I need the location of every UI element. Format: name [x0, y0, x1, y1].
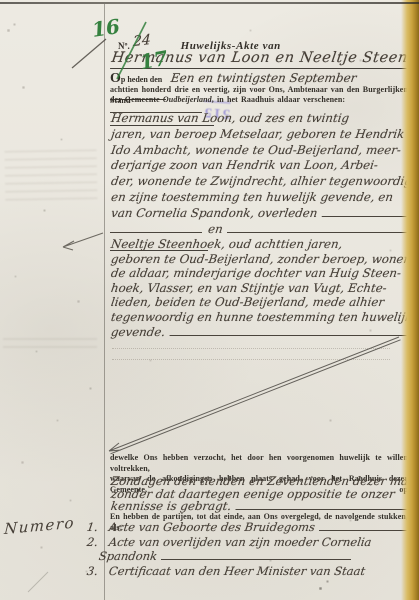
binding-tape-strip — [401, 0, 419, 600]
blank-rule — [227, 232, 408, 233]
document-item-text: Acte van overlijden van zijn moeder Corn… — [108, 536, 372, 549]
cancellation-line — [109, 337, 401, 454]
bride-line: lieden, beiden te Oud-Beijerland, mede a… — [110, 295, 410, 310]
ink-bleedthrough-middle — [3, 338, 97, 354]
groom-line: derjarige zoon van Hendrik van Loon, Arb… — [110, 158, 410, 174]
groom-line: der, wonende te Zwijndrecht, alhier tege… — [110, 174, 410, 190]
municipality-name: Oudbeijerland — [163, 95, 212, 104]
document-item-continuation: Spandonk — [98, 550, 408, 563]
intro-line2-post: , in het Raadhuis aldaar verschenen: — [212, 95, 345, 104]
bride-line: hoek, Vlasser, en van Stijntje van Vugt,… — [110, 281, 410, 296]
blank-rule — [170, 335, 408, 336]
blank-rule — [236, 509, 408, 510]
marriage-act-scan: 16 17 515 Numero Nº.24Huwelijks-Akte van… — [0, 0, 419, 600]
groom-line: Ido Ambacht, wonende te Oud-Beijerland, … — [110, 143, 410, 159]
corner-mark — [28, 572, 48, 592]
publication-dates-handwritten: Zondagen den tienden en Zeventienden dez… — [110, 475, 408, 513]
request-printed-line1: dewelke Ons hebben verzocht, het door he… — [110, 453, 408, 474]
bride-paragraph: Neeltje Steenhoek, oud achttien jaren, g… — [110, 237, 408, 339]
groom-line: van Cornelia Spandonk, overleden — [110, 206, 410, 222]
connector-line: en — [110, 222, 408, 238]
document-item-number: 3. — [86, 565, 110, 578]
blank-rule — [322, 216, 408, 217]
intro-line2-pre: der Gemeente — [110, 95, 160, 104]
act-number-value: 24 — [133, 32, 151, 50]
groom-line: jaren, van beroep Metselaar, geboren te … — [110, 127, 410, 143]
ink-bleedthrough-top — [5, 147, 98, 207]
groom-line: en zijne toestemming ten huwelijk gevend… — [110, 190, 410, 206]
groom-paragraph: Hermanus van Loon, oud zes en twintig ja… — [110, 111, 408, 237]
document-item-text: Acte van Geboorte des Bruidegoms — [108, 521, 316, 534]
margin-slash — [72, 39, 106, 68]
document-item: 1. Acte van Geboorte des Bruidegoms — [86, 521, 408, 534]
document-item: 3. Certificaat van den Heer Minister van… — [86, 565, 408, 578]
blank-rule — [110, 232, 202, 233]
bride-line: de aldaar, minderjarige dochter van Huig… — [110, 266, 410, 281]
bride-line: gevende. — [110, 325, 410, 340]
page-top-edge — [0, 2, 419, 4]
margin-rule — [104, 4, 105, 600]
bride-line: tegenwoordig en hunne toestemming ten hu… — [110, 310, 410, 325]
date-handwritten: Een en twintigsten September — [170, 71, 357, 85]
numero-margin-label: Numero — [4, 512, 95, 538]
document-item: 2. Acte van overlijden van zijn moeder C… — [86, 536, 408, 549]
document-item-text: Spandonk — [98, 550, 158, 563]
document-item-text: Certificaat van den Heer Minister van St… — [108, 565, 366, 578]
bride-line: geboren te Oud-Beijerland, zonder beroep… — [110, 252, 410, 267]
bride-last-line: gevende. — [110, 325, 166, 340]
blank-rule — [319, 530, 407, 531]
blank-rule — [161, 559, 351, 560]
groom-line: Hermanus van Loon, oud zes en twintig — [110, 111, 410, 127]
folio-number-bottom: 17 — [138, 46, 170, 74]
margin-arrow — [63, 233, 103, 250]
blank-area-rule — [112, 359, 390, 360]
document-item-number: 1. — [86, 521, 110, 534]
connector-word: en — [202, 222, 229, 238]
document-item-number: 2. — [86, 536, 110, 549]
blank-area-rule — [112, 348, 390, 349]
paper-texture — [0, 0, 1, 1]
bride-line: Neeltje Steenhoek, oud achttien jaren, — [110, 237, 410, 252]
folio-number-top: 16 — [90, 14, 121, 42]
groom-last-line: van Cornelia Spandonk, overleden — [110, 206, 318, 222]
publication-line: Zondagen den tienden en Zeventienden dez… — [110, 475, 410, 488]
